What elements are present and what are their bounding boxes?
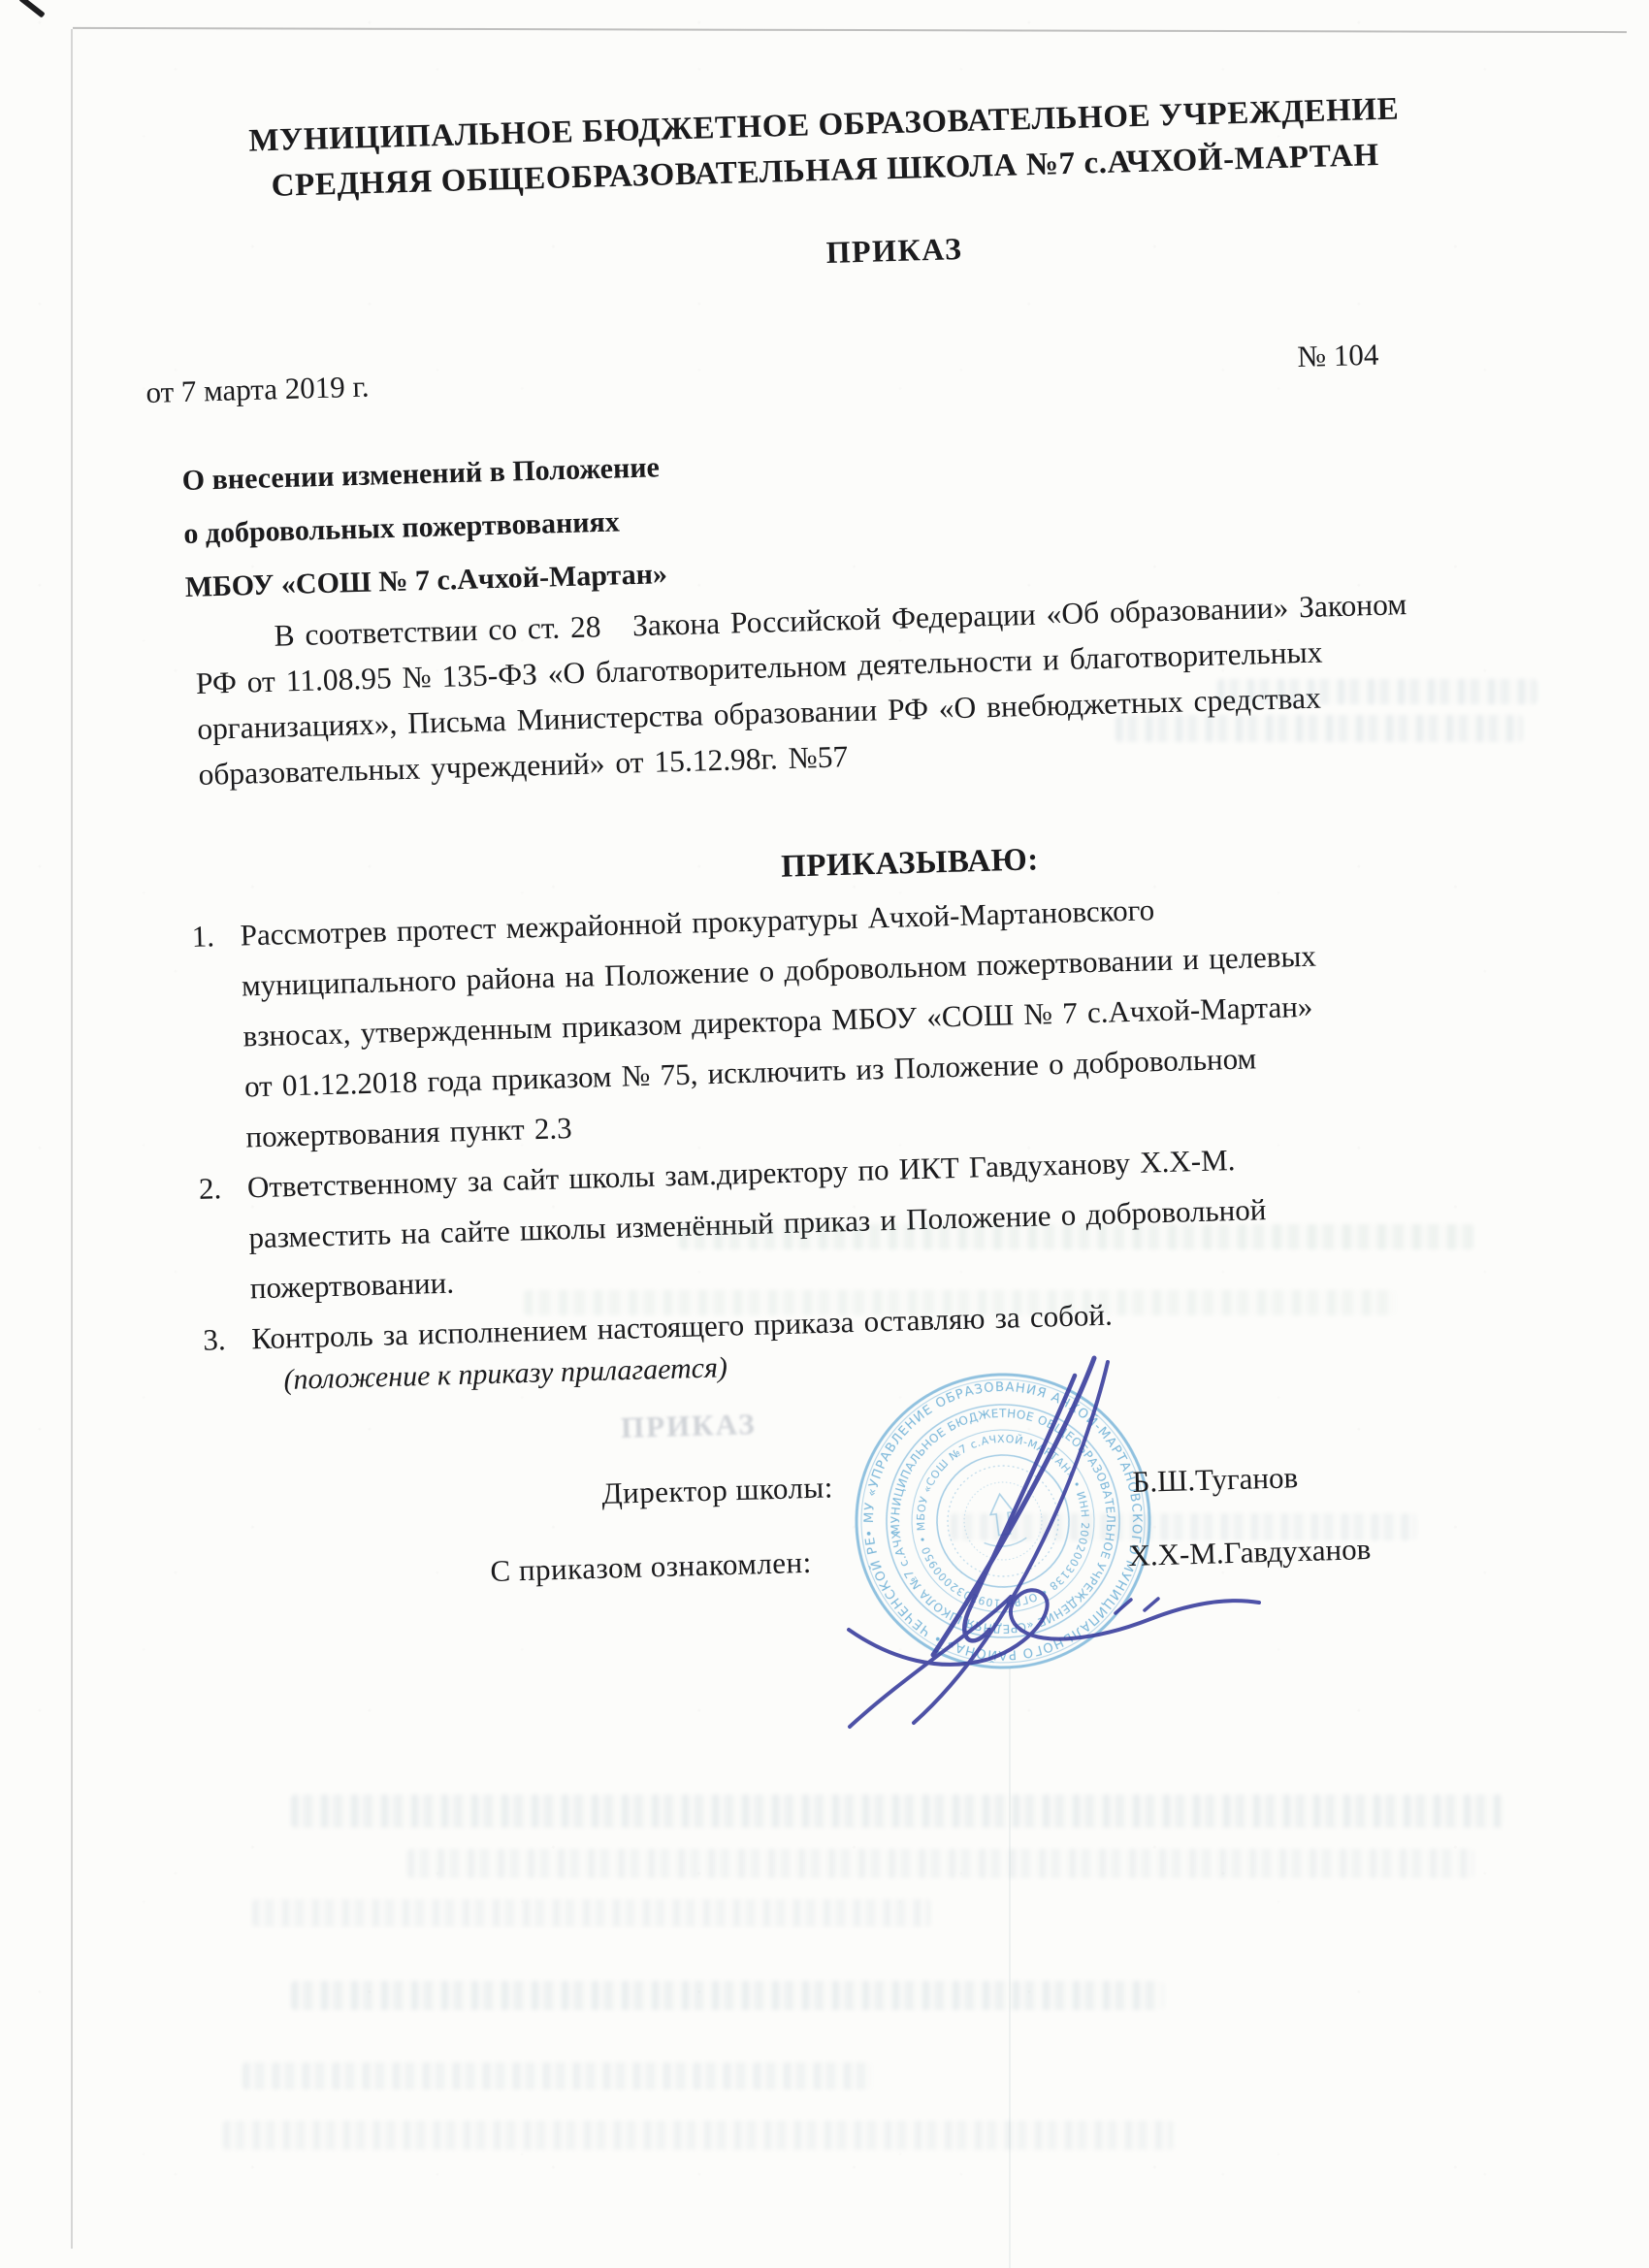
item-number: 1. xyxy=(191,911,215,962)
scan-top-edge-line xyxy=(73,27,1627,33)
bleedthrough-smudge xyxy=(252,1899,931,1927)
ghost-bleedthrough-title: ПРИКАЗ xyxy=(621,1407,758,1445)
acknowledged-label: С приказом ознакомлен: xyxy=(490,1545,812,1589)
order-number: № 104 xyxy=(1297,338,1379,374)
bleedthrough-smudge xyxy=(1217,679,1537,704)
item-number: 2. xyxy=(198,1163,222,1215)
scan-left-edge-line xyxy=(71,29,73,2249)
scan-corner-mark xyxy=(18,0,45,18)
item-number: 3. xyxy=(203,1314,227,1366)
order-item-1: 1. Рассмотрев протест межрайонной прокур… xyxy=(189,875,1525,1164)
order-date: от 7 марта 2019 г. xyxy=(145,370,370,410)
bleedthrough-smudge xyxy=(1115,715,1523,742)
bleedthrough-smudge xyxy=(679,1224,1474,1249)
bleedthrough-smudge xyxy=(223,2121,1174,2150)
resolution-word: ПРИКАЗЫВАЮ: xyxy=(755,842,1066,887)
acknowledged-name: Х.Х-М.Гавдуханов xyxy=(1128,1532,1372,1573)
bleedthrough-smudge xyxy=(291,1795,1503,1828)
scanned-order-page: { "document": { "header": { "line1": "МУ… xyxy=(0,0,1649,2268)
document-title: ПРИКАЗ xyxy=(749,229,1041,273)
bleedthrough-smudge xyxy=(242,2062,873,2090)
director-name: Б.Ш.Туганов xyxy=(1132,1460,1299,1500)
organization-header: МУНИЦИПАЛЬНОЕ БЮДЖЕТНОЕ ОБРАЗОВАТЕЛЬНОЕ … xyxy=(86,82,1563,214)
order-subject: О внесении изменений в Положение о добро… xyxy=(181,440,668,614)
bleedthrough-smudge xyxy=(407,1849,1474,1878)
director-label: Директор школы: xyxy=(601,1470,833,1511)
bleedthrough-smudge xyxy=(524,1290,1397,1315)
bleedthrough-smudge xyxy=(291,1981,1164,2010)
